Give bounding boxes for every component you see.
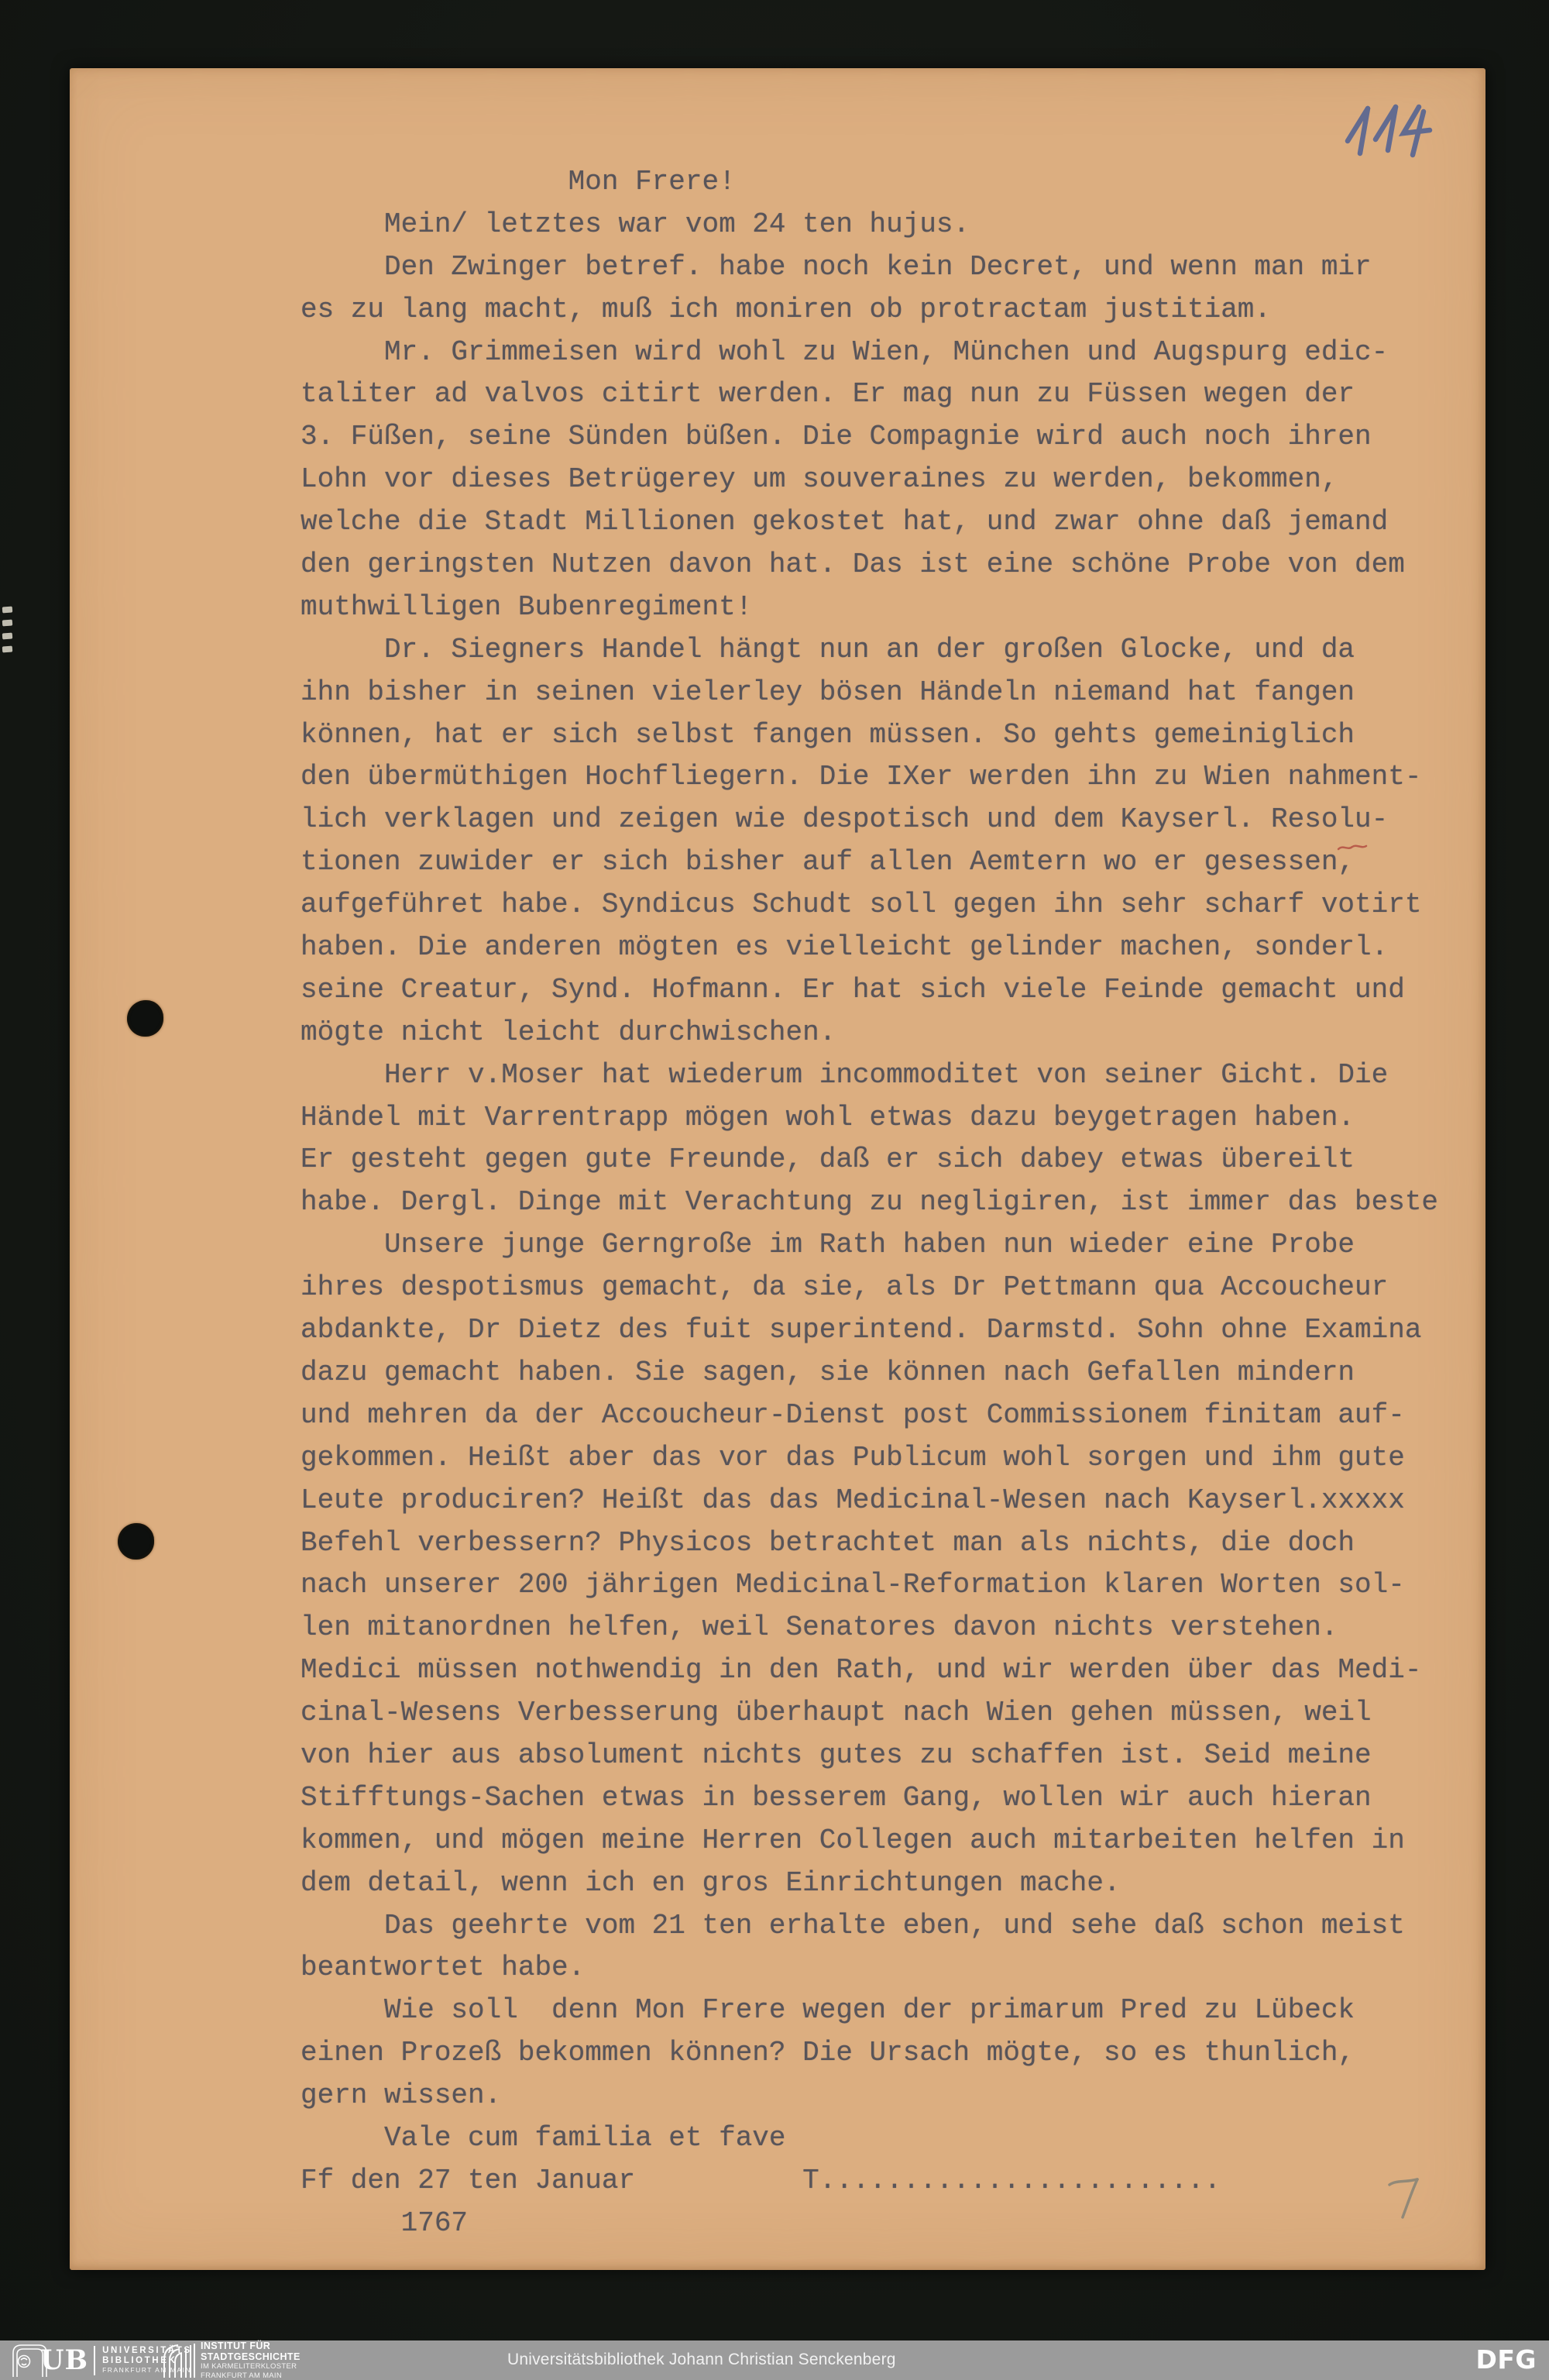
letter-line: tionen zuwider er sich bisher auf allen …	[301, 841, 1438, 884]
letter-line: taliter ad valvos citirt werden. Er mag …	[301, 373, 1438, 416]
letter-line: Befehl verbessern? Physicos betrachtet m…	[301, 1522, 1438, 1565]
letter-line: nach unserer 200 jährigen Medicinal-Refo…	[301, 1564, 1438, 1607]
letter-line: mögte nicht leicht durchwischen.	[301, 1012, 1438, 1054]
letter-line: Wie soll denn Mon Frere wegen der primar…	[301, 1990, 1438, 2032]
institut-arch-icon	[161, 2342, 195, 2378]
institut-logo: INSTITUT FÜR STADTGESCHICHTE IM KARMELIT…	[161, 2342, 301, 2378]
letter-line: es zu lang macht, muß ich moniren ob pro…	[301, 289, 1438, 332]
letter-line: muthwilligen Bubenregiment!	[301, 586, 1438, 629]
letter-line: Er gesteht gegen gute Freunde, daß er si…	[301, 1139, 1438, 1181]
punch-hole-top	[127, 1000, 163, 1037]
letter-line: len mitanordnen helfen, weil Senatores d…	[301, 1607, 1438, 1649]
letter-line: Lohn vor dieses Betrügerey um souveraine…	[301, 459, 1438, 501]
handwritten-7-strokes	[1386, 2175, 1422, 2222]
letter-line: Mein/ letztes war vom 24 ten hujus.	[301, 204, 1438, 246]
institut-line3: IM KARMELITERKLOSTER	[201, 2362, 301, 2371]
letter-line: beantwortet habe.	[301, 1947, 1438, 1990]
letter-line: den geringsten Nutzen davon hat. Das ist…	[301, 544, 1438, 586]
scan-background: Mon Frere! Mein/ letztes war vom 24 ten …	[0, 0, 1549, 2380]
letter-line: aufgeführet habe. Syndicus Schudt soll g…	[301, 884, 1438, 927]
ub-divider	[94, 2346, 95, 2375]
letter-line: Händel mit Varrentrapp mögen wohl etwas …	[301, 1097, 1438, 1140]
letter-line: gern wissen.	[301, 2075, 1438, 2117]
letter-line: kommen, und mögen meine Herren Collegen …	[301, 1820, 1438, 1862]
edge-mark	[2, 620, 13, 627]
letter-line: 1767	[301, 2203, 1438, 2245]
letter-line: Herr v.Moser hat wiederum incommoditet v…	[301, 1054, 1438, 1097]
edge-mark	[2, 646, 13, 653]
letter-line: Ff den 27 ten Januar T..................…	[301, 2160, 1438, 2203]
letter-line: Den Zwinger betref. habe noch kein Decre…	[301, 246, 1438, 289]
letter-line: dazu gemacht haben. Sie sagen, sie könne…	[301, 1352, 1438, 1395]
library-name: Universitätsbibliothek Johann Christian …	[507, 2351, 896, 2369]
letter-line: können, hat er sich selbst fangen müssen…	[301, 714, 1438, 757]
letter-line: dem detail, wenn ich en gros Einrichtung…	[301, 1862, 1438, 1905]
institut-logo-text: INSTITUT FÜR STADTGESCHICHTE IM KARMELIT…	[201, 2340, 301, 2379]
letter-line: welche die Stadt Millionen gekostet hat,…	[301, 501, 1438, 544]
letter-line: von hier aus absolument nichts gutes zu …	[301, 1735, 1438, 1777]
letter-line: 3. Füßen, seine Sünden büßen. Die Compag…	[301, 416, 1438, 459]
letter-line: Mon Frere!	[301, 161, 1438, 204]
letter-line: Medici müssen nothwendig in den Rath, un…	[301, 1649, 1438, 1692]
letter-line: ihn bisher in seinen vielerley bösen Hän…	[301, 672, 1438, 714]
letter-line: ihres despotismus gemacht, da sie, als D…	[301, 1267, 1438, 1309]
ub-abbr: UB	[40, 2344, 88, 2376]
letter-page: Mon Frere! Mein/ letztes war vom 24 ten …	[70, 68, 1485, 2270]
letter-line: Dr. Siegners Handel hängt nun an der gro…	[301, 629, 1438, 672]
letter-line: einen Prozeß bekommen können? Die Ursach…	[301, 2032, 1438, 2075]
letter-body: Mon Frere! Mein/ letztes war vom 24 ten …	[301, 161, 1438, 2245]
red-pencil-mark	[1337, 841, 1368, 854]
letter-line: Vale cum familia et fave	[301, 2117, 1438, 2160]
letter-line: seine Creatur, Synd. Hofmann. Er hat sic…	[301, 969, 1438, 1012]
dfg-logo: DFG	[1475, 2344, 1537, 2375]
institut-line4: FRANKFURT AM MAIN	[201, 2371, 301, 2380]
letter-line: Stifftungs-Sachen etwas in besserem Gang…	[301, 1777, 1438, 1820]
letter-line: Leute produciren? Heißt das das Medicina…	[301, 1480, 1438, 1522]
letter-line: den übermüthigen Hochfliegern. Die IXer …	[301, 756, 1438, 799]
letter-line: lich verklagen und zeigen wie despotisch…	[301, 799, 1438, 841]
letter-line: gekommen. Heißt aber das vor das Publicu…	[301, 1437, 1438, 1480]
edge-mark	[2, 633, 13, 640]
letter-line: cinal-Wesens Verbesserung überhaupt nach…	[301, 1692, 1438, 1735]
letter-line: habe. Dergl. Dinge mit Verachtung zu neg…	[301, 1181, 1438, 1224]
letter-line: Das geehrte vom 21 ten erhalte eben, und…	[301, 1905, 1438, 1948]
punch-hole-bottom	[118, 1523, 154, 1560]
letter-line: abdankte, Dr Dietz des fuit superintend.…	[301, 1309, 1438, 1352]
letter-line: und mehren da der Accoucheur-Dienst post…	[301, 1395, 1438, 1437]
folio-number-annotation	[1341, 101, 1451, 158]
institut-line1: INSTITUT FÜR	[201, 2340, 301, 2351]
institut-line2: STADTGESCHICHTE	[201, 2351, 301, 2362]
letter-line: Unsere junge Gerngroße im Rath haben nun…	[301, 1224, 1438, 1267]
footer-bar: UB UNIVERSITÄTS BIBLIOTHEK FRANKFURT AM …	[0, 2340, 1549, 2380]
letter-line: Mr. Grimmeisen wird wohl zu Wien, Münche…	[301, 332, 1438, 374]
handwritten-114-strokes	[1341, 101, 1451, 158]
edge-mark	[2, 607, 13, 614]
letter-line: haben. Die anderen mögten es vielleicht …	[301, 927, 1438, 969]
page-number-annotation	[1386, 2175, 1422, 2222]
